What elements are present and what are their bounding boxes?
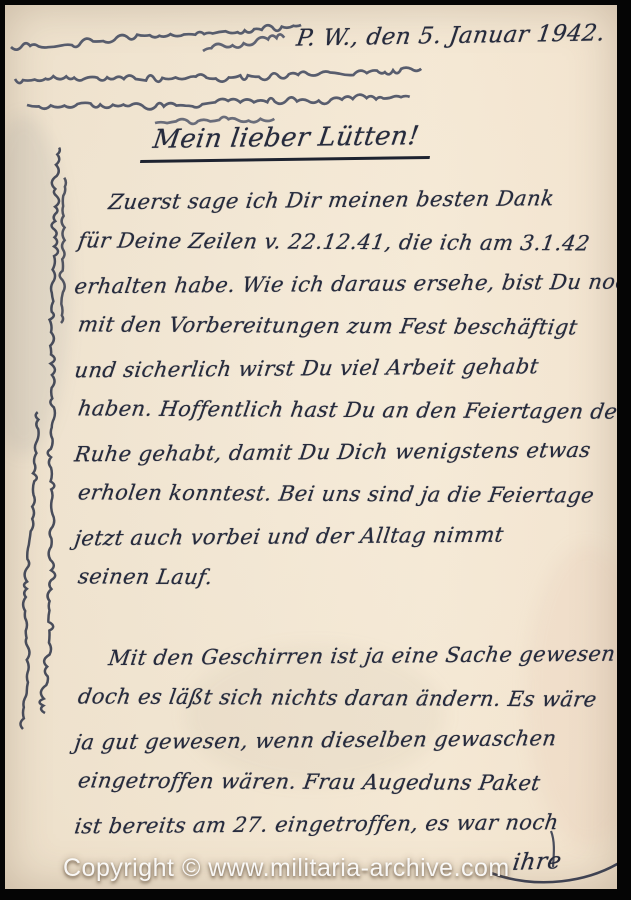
paragraph-2: Mit den Geschirren ist ja eine Sache gew… xyxy=(75,635,617,845)
date-line: P. W., den 5. Januar 1942. xyxy=(295,20,607,51)
copyright-watermark: Copyright © www.militaria-archive.com xyxy=(63,854,510,883)
letter-line: Ruhe gehabt, damit Du Dich wenigstens et… xyxy=(72,429,617,476)
letter-line: haben. Hoffentlich hast Du an den Feiert… xyxy=(75,387,617,432)
scribble-stroke xyxy=(11,23,302,52)
scribble-stroke xyxy=(33,147,70,713)
paragraph-1: Zuerst sage ich Dir meinen besten Dank f… xyxy=(75,179,617,599)
scribble-stroke xyxy=(202,32,284,53)
letter-line: Zuerst sage ich Dir meinen besten Dank xyxy=(72,177,617,224)
scribble-stroke xyxy=(17,412,43,729)
letter-line: seinen Lauf. xyxy=(75,555,617,600)
letter-line: Mit den Geschirren ist ja eine Sache gew… xyxy=(72,633,617,680)
letter-line: erholen konntest. Bei uns sind ja die Fe… xyxy=(75,471,617,516)
paper-stain xyxy=(5,115,69,455)
letter-line: doch es läßt sich nichts daran ändern. E… xyxy=(75,675,617,720)
scribble-stroke xyxy=(58,178,68,323)
letter-page: P. W., den 5. Januar 1942. Mein lieber L… xyxy=(5,5,617,889)
letter-line: erhalten habe. Wie ich daraus ersehe, bi… xyxy=(72,261,617,308)
salutation: Mein lieber Lütten! xyxy=(140,121,435,163)
left-margin-illegible-note xyxy=(17,147,71,729)
scribble-stroke xyxy=(27,88,410,117)
letter-line: und sicherlich wirst Du viel Arbeit geha… xyxy=(72,345,617,392)
letter-line: für Deine Zeilen v. 22.12.41, die ich am… xyxy=(75,219,617,264)
scan-frame: P. W., den 5. Januar 1942. Mein lieber L… xyxy=(0,0,631,900)
letter-line: mit den Vorbereitungen zum Fest beschäft… xyxy=(75,303,617,348)
scribble-stroke xyxy=(15,57,421,94)
catchword: ihre xyxy=(511,848,563,876)
letter-line: eingetroffen wären. Frau Augeduns Paket xyxy=(75,759,617,804)
letter-line: ist bereits am 27. eingetroffen, es war … xyxy=(72,801,617,848)
letter-line: ja gut gewesen, wenn dieselben gewaschen xyxy=(72,717,617,764)
letter-line: jetzt auch vorbei und der Alltag nimmt xyxy=(72,513,617,560)
